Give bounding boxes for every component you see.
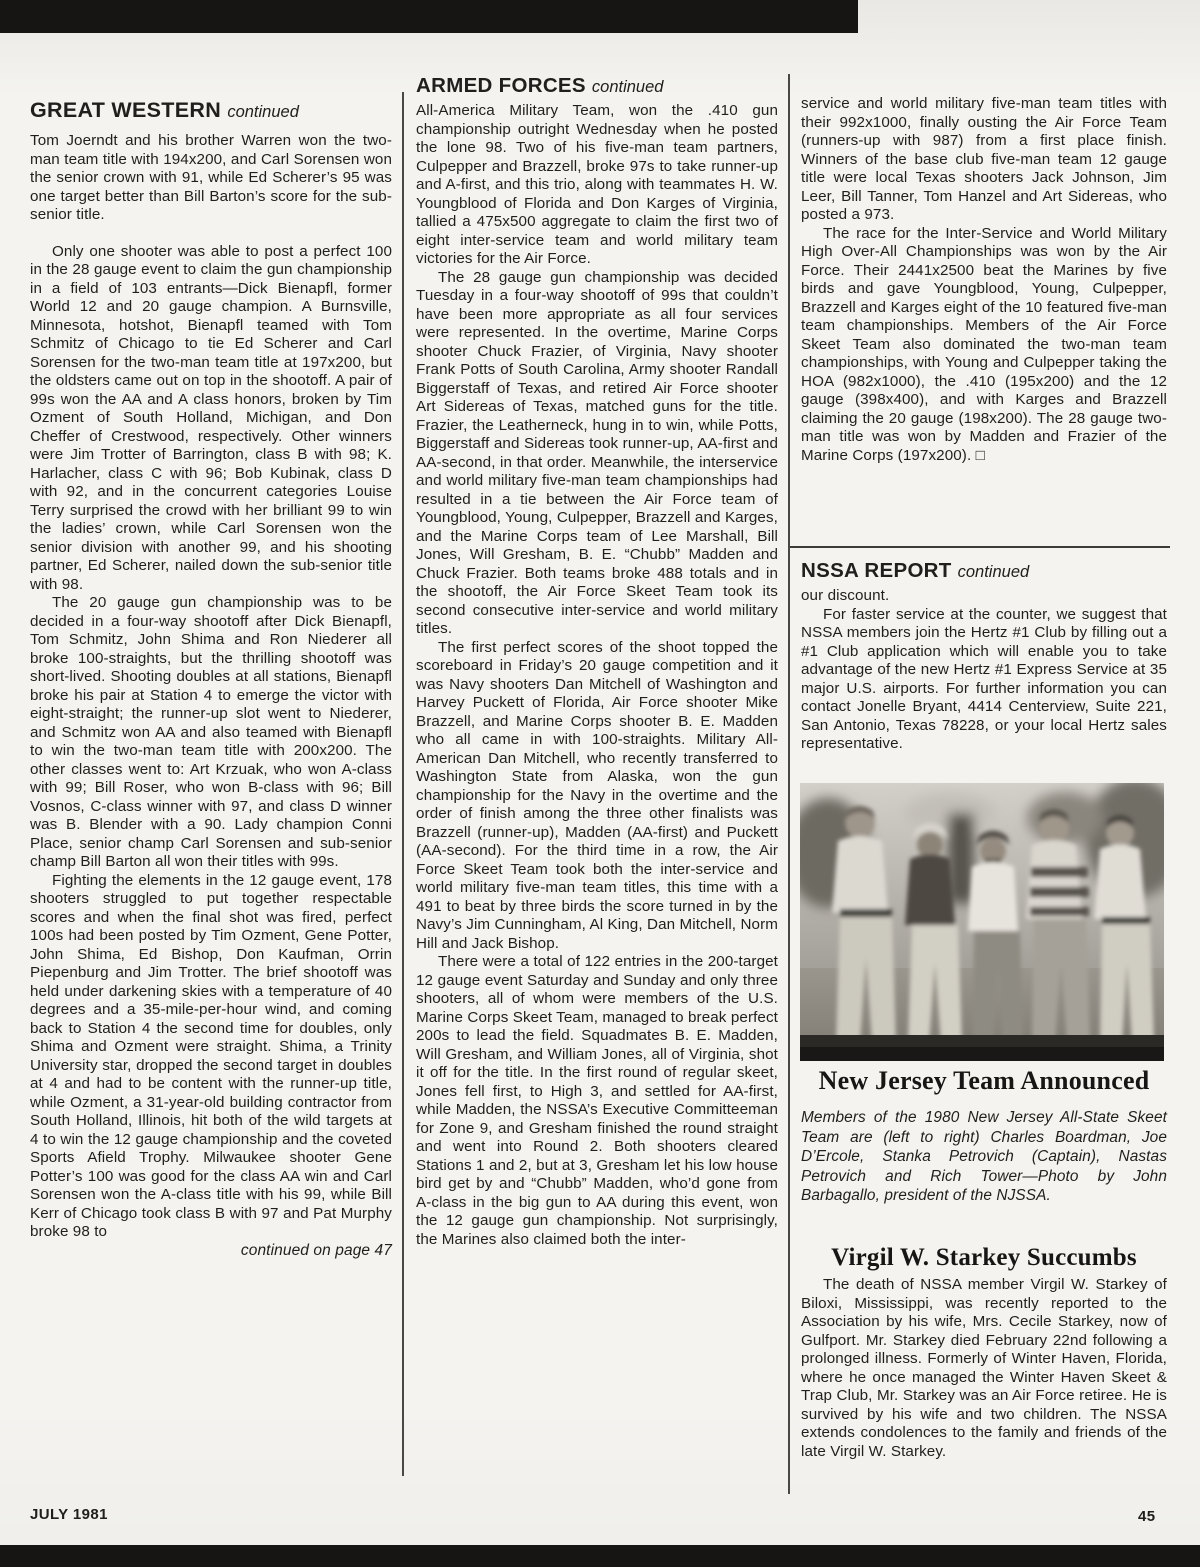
section-divider-rule (790, 546, 1170, 548)
paragraph: All-America Military Team, won the .410 … (416, 102, 778, 269)
paragraph: For faster service at the counter, we su… (801, 606, 1167, 754)
great-western-heading: GREAT WESTERN continued (30, 97, 392, 125)
scan-edge-top-bar (0, 0, 858, 33)
great-western-continued-label: continued (227, 103, 299, 121)
column-armed-forces: ARMED FORCES continued All-America Milit… (416, 73, 778, 1249)
armed-forces-heading: ARMED FORCES continued (416, 73, 778, 100)
starkey-article: The death of NSSA member Virgil W. Stark… (801, 1276, 1167, 1461)
photo-caption: Members of the 1980 New Jersey All-State… (801, 1108, 1167, 1206)
footer-page-number: 45 (1138, 1508, 1156, 1525)
scan-edge-bottom-bar (0, 1545, 1200, 1567)
team-photo (800, 783, 1164, 1061)
nssa-report-title: NSSA REPORT (801, 559, 952, 582)
magazine-page: GREAT WESTERN continued Tom Joerndt and … (0, 0, 1200, 1567)
paragraph: Tom Joerndt and his brother Warren won t… (30, 132, 392, 225)
paragraph: The 20 gauge gun championship was to be … (30, 594, 392, 872)
footer-issue-date: JULY 1981 (30, 1506, 108, 1523)
column-armed-forces-continuation: service and world military five-man team… (801, 95, 1167, 465)
photo-headline: New Jersey Team Announced (801, 1066, 1167, 1096)
column-divider-1 (402, 92, 404, 1476)
paragraph: The race for the Inter-Service and World… (801, 225, 1167, 466)
starkey-headline-block: Virgil W. Starkey Succumbs (801, 1243, 1167, 1273)
armed-forces-title: ARMED FORCES (416, 74, 586, 97)
column-divider-2 (788, 74, 790, 1494)
nssa-report-heading: NSSA REPORT continued (801, 558, 1167, 585)
paragraph: The 28 gauge gun championship was decide… (416, 269, 778, 639)
great-western-title: GREAT WESTERN (30, 98, 221, 122)
paragraph: service and world military five-man team… (801, 95, 1167, 225)
paragraph: Fighting the elements in the 12 gauge ev… (30, 872, 392, 1242)
team-photo-illustration (800, 783, 1164, 1061)
paragraph: There were a total of 122 entries in the… (416, 953, 778, 1249)
photo-headline-block: New Jersey Team Announced (801, 1066, 1167, 1096)
starkey-headline: Virgil W. Starkey Succumbs (801, 1243, 1167, 1273)
nssa-report-continued-label: continued (958, 563, 1030, 581)
armed-forces-continued-label: continued (592, 78, 664, 96)
column-nssa-report: NSSA REPORT continued our discount. For … (801, 558, 1167, 754)
photo-caption-block: Members of the 1980 New Jersey All-State… (801, 1108, 1167, 1206)
column-great-western: GREAT WESTERN continued Tom Joerndt and … (30, 97, 392, 1260)
paragraph: The death of NSSA member Virgil W. Stark… (801, 1276, 1167, 1461)
nssa-lead-line: our discount. (801, 587, 1167, 606)
continued-on-page-note: continued on page 47 (30, 1242, 392, 1261)
paragraph: Only one shooter was able to post a perf… (30, 243, 392, 595)
paragraph: The first perfect scores of the shoot to… (416, 639, 778, 954)
